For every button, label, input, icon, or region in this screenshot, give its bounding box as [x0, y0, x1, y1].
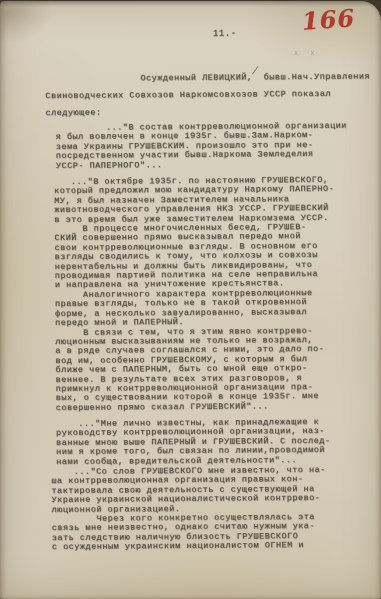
document-heading: Осужденный ЛЕВИЦКИЙ, бывш.Нач.Управления… — [45, 69, 370, 123]
testimony-paragraph: ..."В состав контрреволюционной организа… — [56, 122, 348, 171]
document-page: 11.- Осужденный ЛЕВИЦКИЙ, бывш.Нач.Управ… — [0, 1, 381, 599]
page-number: 11.- — [213, 30, 237, 40]
testimony-paragraph: ..."Со слов ГРУШЕВСКОГО мне известно, чт… — [51, 466, 326, 553]
testimony-paragraph: ..."В октябре 1935г. по настоянию ГРУШЕВ… — [54, 176, 336, 413]
scan-speck-marks: х х — [294, 50, 319, 58]
scanned-document-photo: 11.- Осужденный ЛЕВИЦКИЙ, бывш.Нач.Управ… — [0, 0, 381, 599]
typed-text-layer: 11.- Осужденный ЛЕВИЦКИЙ, бывш.Нач.Управ… — [0, 0, 381, 599]
folio-number-handwritten: 166 — [301, 3, 356, 36]
testimony-paragraph: ..."Мне лично известны, как принадлежащи… — [56, 418, 331, 467]
